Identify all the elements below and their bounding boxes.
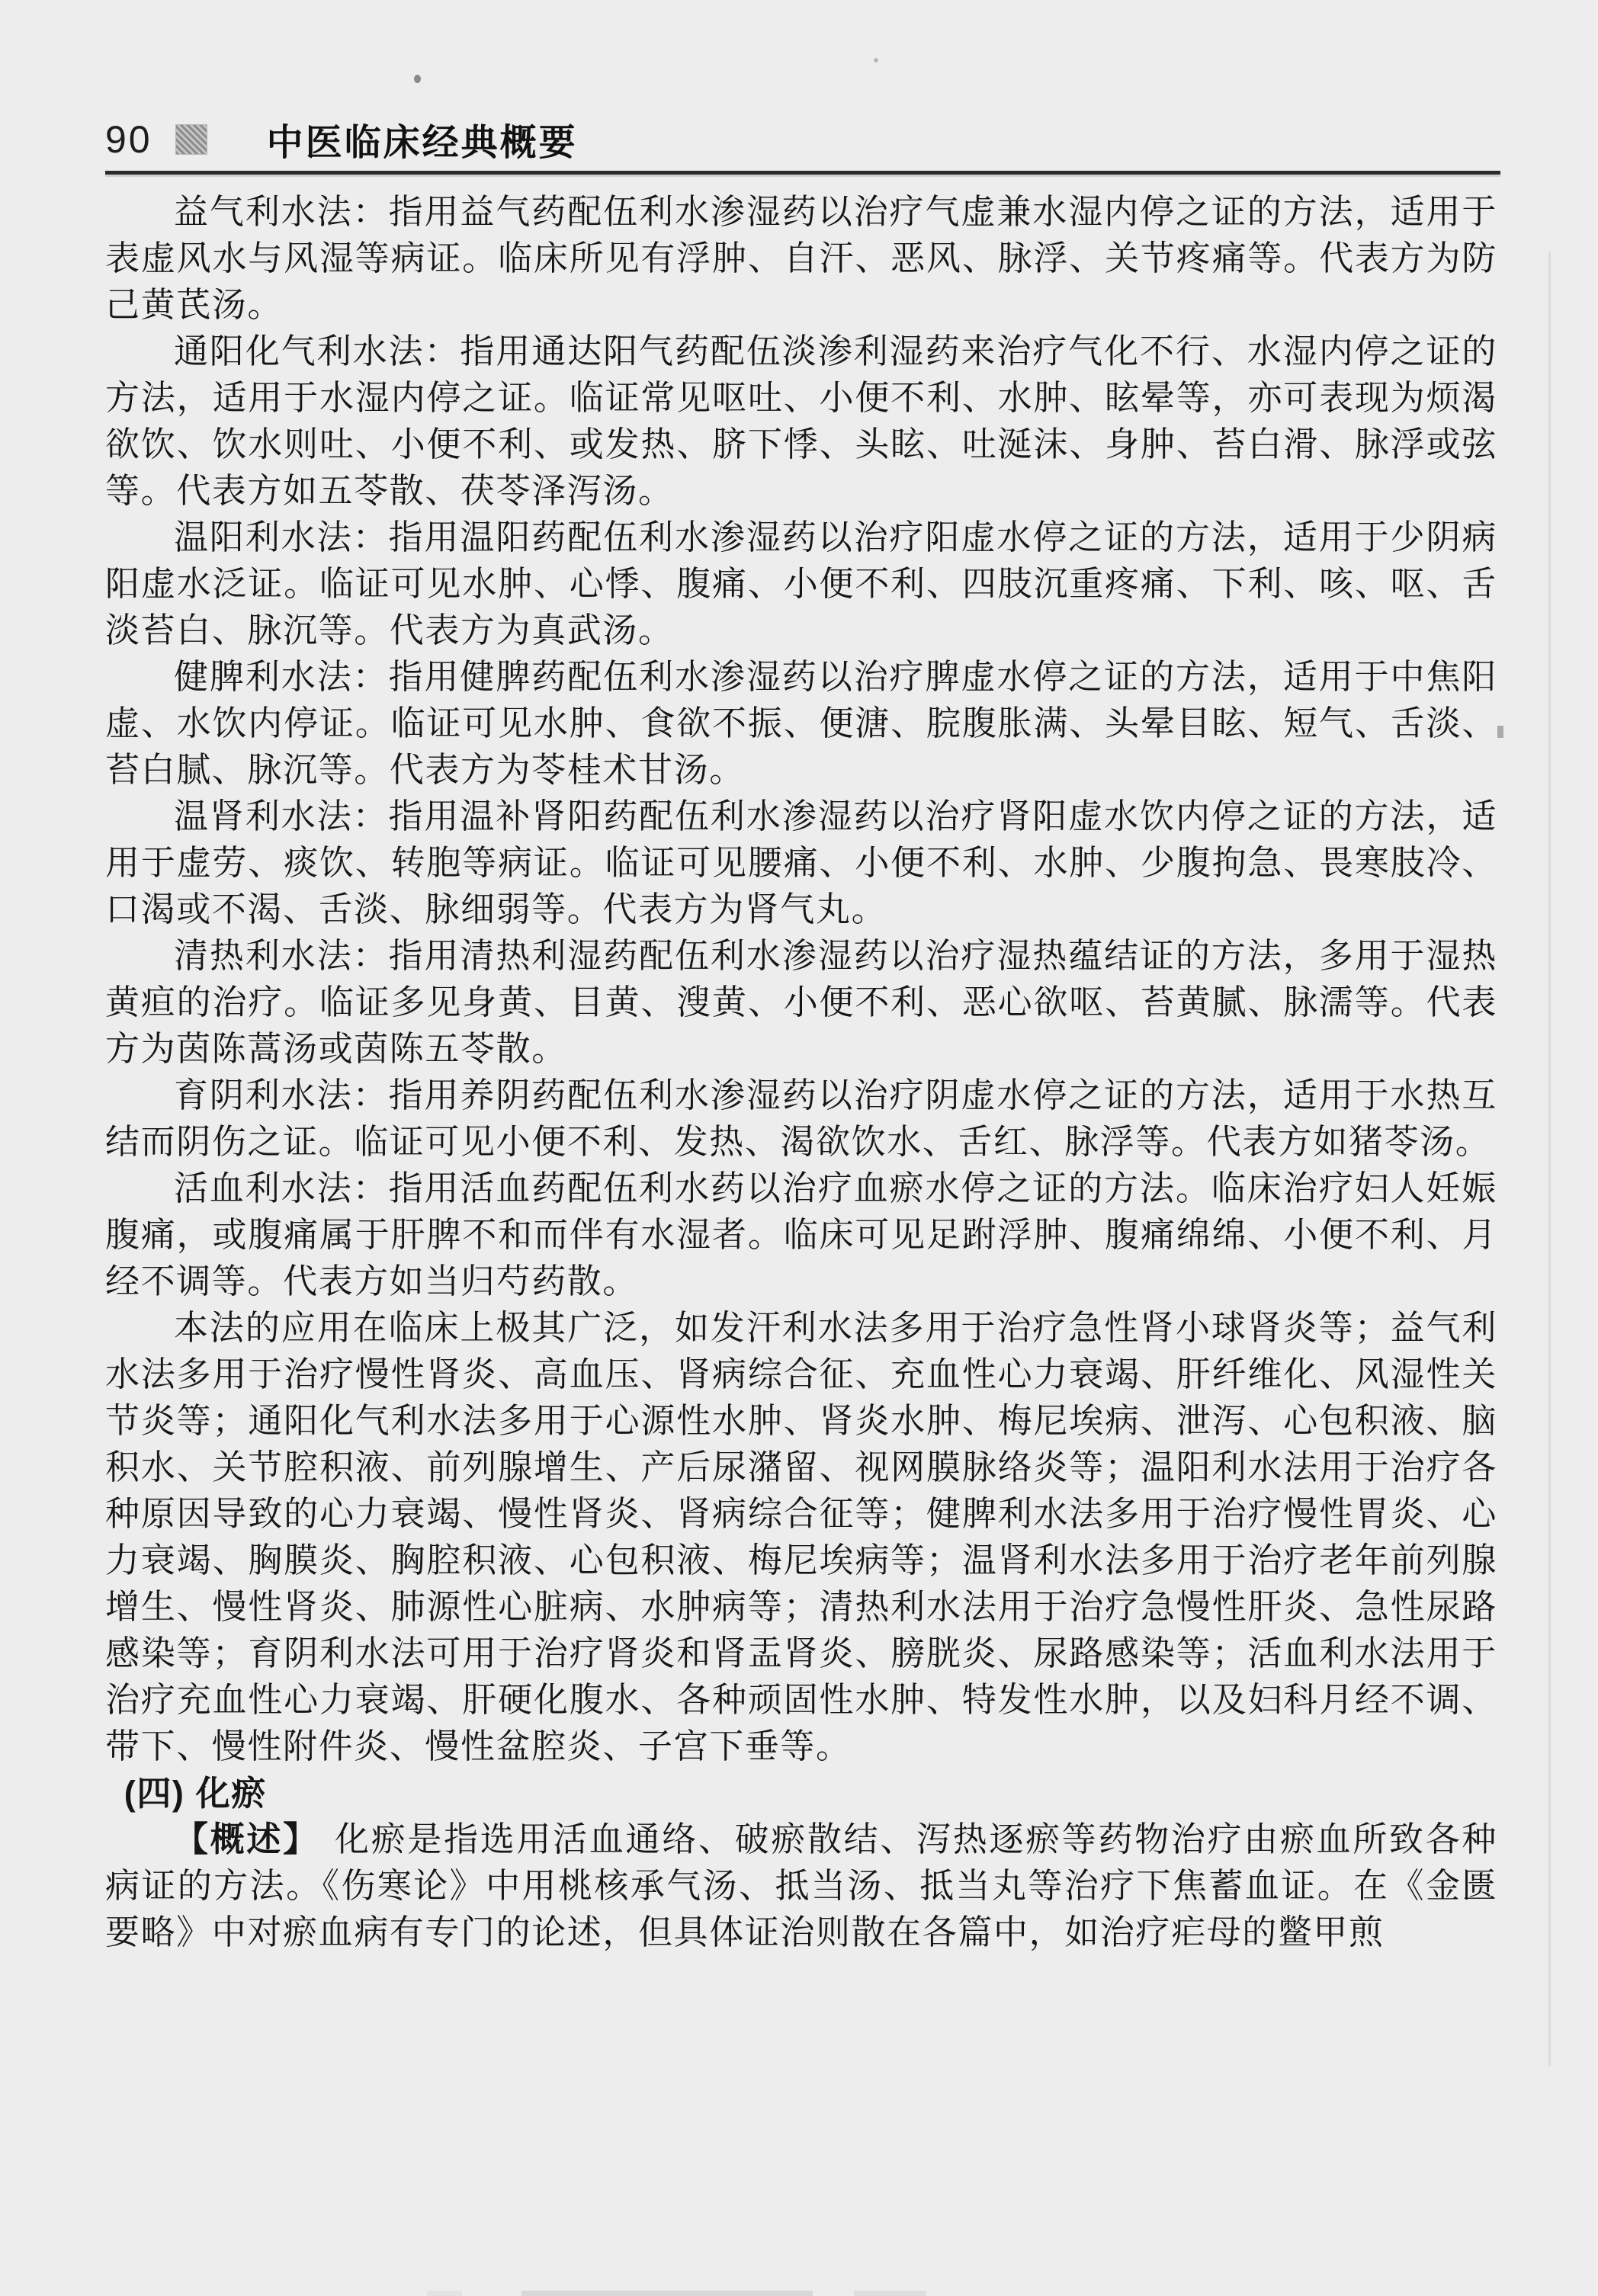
section-heading-huayu: (四) 化瘀: [105, 1770, 1497, 1817]
page-number: 90: [105, 117, 152, 162]
paragraph-yiqi-lishui: 益气利水法：指用益气药配伍利水渗湿药以治疗气虚兼水湿内停之证的方法，适用于表虚风…: [105, 189, 1497, 329]
paragraph-qingre-lishui: 清热利水法：指用清热利湿药配伍利水渗湿药以治疗湿热蕴结证的方法，多用于湿热黄疸的…: [105, 933, 1497, 1073]
scanned-book-page: 90 中医临床经典概要 益气利水法：指用益气药配伍利水渗湿药以治疗气虚兼水湿内停…: [0, 0, 1598, 2296]
paragraph-clinical-application: 本法的应用在临床上极其广泛，如发汗利水法多用于治疗急性肾小球肾炎等；益气利水法多…: [105, 1305, 1497, 1770]
paragraph-wenshen-lishui: 温肾利水法：指用温补肾阳药配伍利水渗湿药以治疗肾阳虚水饮内停之证的方法，适用于虚…: [105, 794, 1497, 933]
book-title: 中医临床经典概要: [267, 113, 578, 165]
paragraph-huayu-overview: 【概述】化瘀是指选用活血通络、破瘀散结、泻热逐瘀等药物治疗由瘀血所致各种病证的方…: [105, 1817, 1497, 1956]
paragraph-huoxue-lishui: 活血利水法：指用活血药配伍利水药以治疗血瘀水停之证的方法。临床治疗妇人妊娠腹痛，…: [105, 1166, 1497, 1305]
paragraph-wenyang-lishui: 温阳利水法：指用温阳药配伍利水渗湿药以治疗阳虚水停之证的方法，适用于少阴病阳虚水…: [105, 515, 1497, 654]
scan-speck: [414, 75, 421, 83]
scan-edge-artifact: [1548, 252, 1551, 2066]
paragraph-tongyang-huaqi: 通阳化气利水法：指用通达阳气药配伍淡渗利湿药来治疗气化不行、水湿内停之证的方法，…: [105, 329, 1497, 515]
scan-bottom-artifact: [427, 2291, 462, 2296]
scan-edge-artifact: [1497, 726, 1503, 738]
paragraph-yuyin-lishui: 育阴利水法：指用养阴药配伍利水渗湿药以治疗阴虚水停之证的方法，适用于水热互结而阴…: [105, 1073, 1497, 1166]
page-body-text: 益气利水法：指用益气药配伍利水渗湿药以治疗气虚兼水湿内停之证的方法，适用于表虚风…: [105, 189, 1497, 1956]
section-heading-text: (四) 化瘀: [124, 1774, 267, 1813]
header-divider: [105, 171, 1500, 175]
scan-bottom-artifact: [521, 2291, 813, 2296]
page-header: 90 中医临床经典概要: [105, 113, 1499, 165]
paragraph-jianpi-lishui: 健脾利水法：指用健脾药配伍利水渗湿药以治疗脾虚水停之证的方法，适用于中焦阳虚、水…: [105, 654, 1497, 794]
scan-bottom-artifact: [854, 2291, 926, 2296]
overview-label: 【概述】: [174, 1820, 319, 1858]
header-ornament-icon: [175, 124, 207, 155]
scan-speck: [874, 58, 878, 63]
